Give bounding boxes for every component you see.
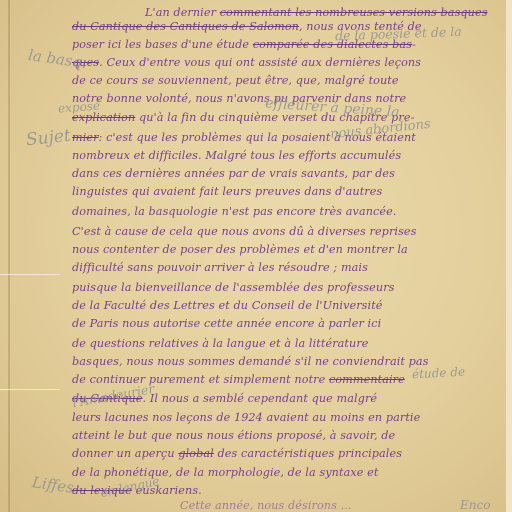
line-text-after: . Il nous a semblé cependant que malgré: [143, 392, 378, 405]
pencil-annotation: Enco: [460, 498, 490, 512]
line-text: basques, nous nous sommes demandé s'il n…: [72, 355, 429, 368]
pencil-annotation: de la poésie et de la: [335, 24, 462, 43]
manuscript-line: nombreux et difficiles. Malgré tous les …: [72, 149, 401, 162]
line-text: domaines, la basquologie n'est pas encor…: [72, 205, 397, 218]
line-text-after: . Ceux d'entre vous qui ont assisté aux …: [99, 56, 421, 69]
manuscript-line: de questions relatives à la langue et à …: [72, 337, 369, 350]
partial-bottom-line: Cette année, nous désirons ...: [180, 499, 352, 512]
struck-text: commentaire: [329, 373, 405, 386]
line-text: de la Faculté des Lettres et du Conseil …: [72, 299, 383, 312]
manuscript-line: difficulté sans pouvoir arriver à les ré…: [72, 261, 368, 274]
manuscript-line: de continuer purement et simplement notr…: [72, 373, 405, 386]
line-text: linguistes qui avaient fait leurs preuve…: [72, 185, 382, 198]
struck-text: commentant les nombreuses versions basqu…: [220, 6, 488, 19]
paper-edge: [506, 0, 512, 512]
struck-text: mier: [72, 131, 99, 144]
line-text: de Paris nous autorise cette année encor…: [72, 317, 381, 330]
pencil-annotation: exposé: [58, 99, 101, 116]
pencil-annotation: Sujet: [25, 126, 72, 151]
line-text: dans ces dernières années par de vrais s…: [72, 167, 395, 180]
paper-crease: [0, 274, 60, 275]
line-text: leurs lacunes nos leçons de 1924 avaient…: [72, 411, 420, 424]
line-text: de questions relatives à la langue et à …: [72, 337, 369, 350]
manuscript-line: atteint le but que nous nous étions prop…: [72, 429, 395, 442]
paper-fold-line: [8, 0, 10, 512]
line-text: de ce cours se souviennent, peut être, q…: [72, 74, 399, 87]
struck-text: du Cantique des Cantiques de Salomon: [72, 20, 299, 33]
manuscript-line: de Paris nous autorise cette année encor…: [72, 317, 381, 330]
manuscript-line: C'est à cause de cela que nous avons dû …: [72, 225, 416, 238]
line-text: donner un aperçu: [72, 447, 178, 460]
pencil-annotation: étude de: [412, 365, 466, 382]
pencil-annotation: Liffes: [31, 473, 75, 497]
manuscript-line: puisque la bienveillance de l'assemblée …: [72, 281, 395, 294]
manuscript-line: donner un aperçu global des caractéristi…: [72, 447, 402, 460]
manuscript-line: linguistes qui avaient fait leurs preuve…: [72, 185, 382, 198]
line-text: puisque la bienveillance de l'assemblée …: [72, 281, 395, 294]
line-text: C'est à cause de cela que nous avons dû …: [72, 225, 416, 238]
manuscript-page: L'an dernier commentant les nombreuses v…: [0, 0, 506, 512]
manuscript-line: de ce cours se souviennent, peut être, q…: [72, 74, 399, 87]
manuscript-line: de la phonétique, de la morphologie, de …: [72, 466, 378, 479]
manuscript-line: nous contenter de poser des problèmes et…: [72, 243, 408, 256]
manuscript-line: basques, nous nous sommes demandé s'il n…: [72, 355, 429, 368]
manuscript-line: leurs lacunes nos leçons de 1924 avaient…: [72, 411, 420, 424]
line-text: poser ici les bases d'une étude: [72, 38, 253, 51]
line-text: difficulté sans pouvoir arriver à les ré…: [72, 261, 368, 274]
line-text: atteint le but que nous nous étions prop…: [72, 429, 395, 442]
manuscript-line: L'an dernier commentant les nombreuses v…: [145, 6, 488, 19]
manuscript-line: dans ces dernières années par de vrais s…: [72, 167, 395, 180]
line-text: nous contenter de poser des problèmes et…: [72, 243, 408, 256]
struck-text: global: [178, 447, 214, 460]
line-text: de la phonétique, de la morphologie, de …: [72, 466, 378, 479]
manuscript-line: de la Faculté des Lettres et du Conseil …: [72, 299, 383, 312]
paper-crease: [0, 389, 60, 390]
line-text: de continuer purement et simplement notr…: [72, 373, 329, 386]
line-text: L'an dernier: [145, 6, 220, 19]
line-text-after: des caractéristiques principales: [214, 447, 402, 460]
line-text: nombreux et difficiles. Malgré tous les …: [72, 149, 401, 162]
manuscript-line: domaines, la basquologie n'est pas encor…: [72, 205, 397, 218]
manuscript-line: ques. Ceux d'entre vous qui ont assisté …: [72, 56, 421, 69]
